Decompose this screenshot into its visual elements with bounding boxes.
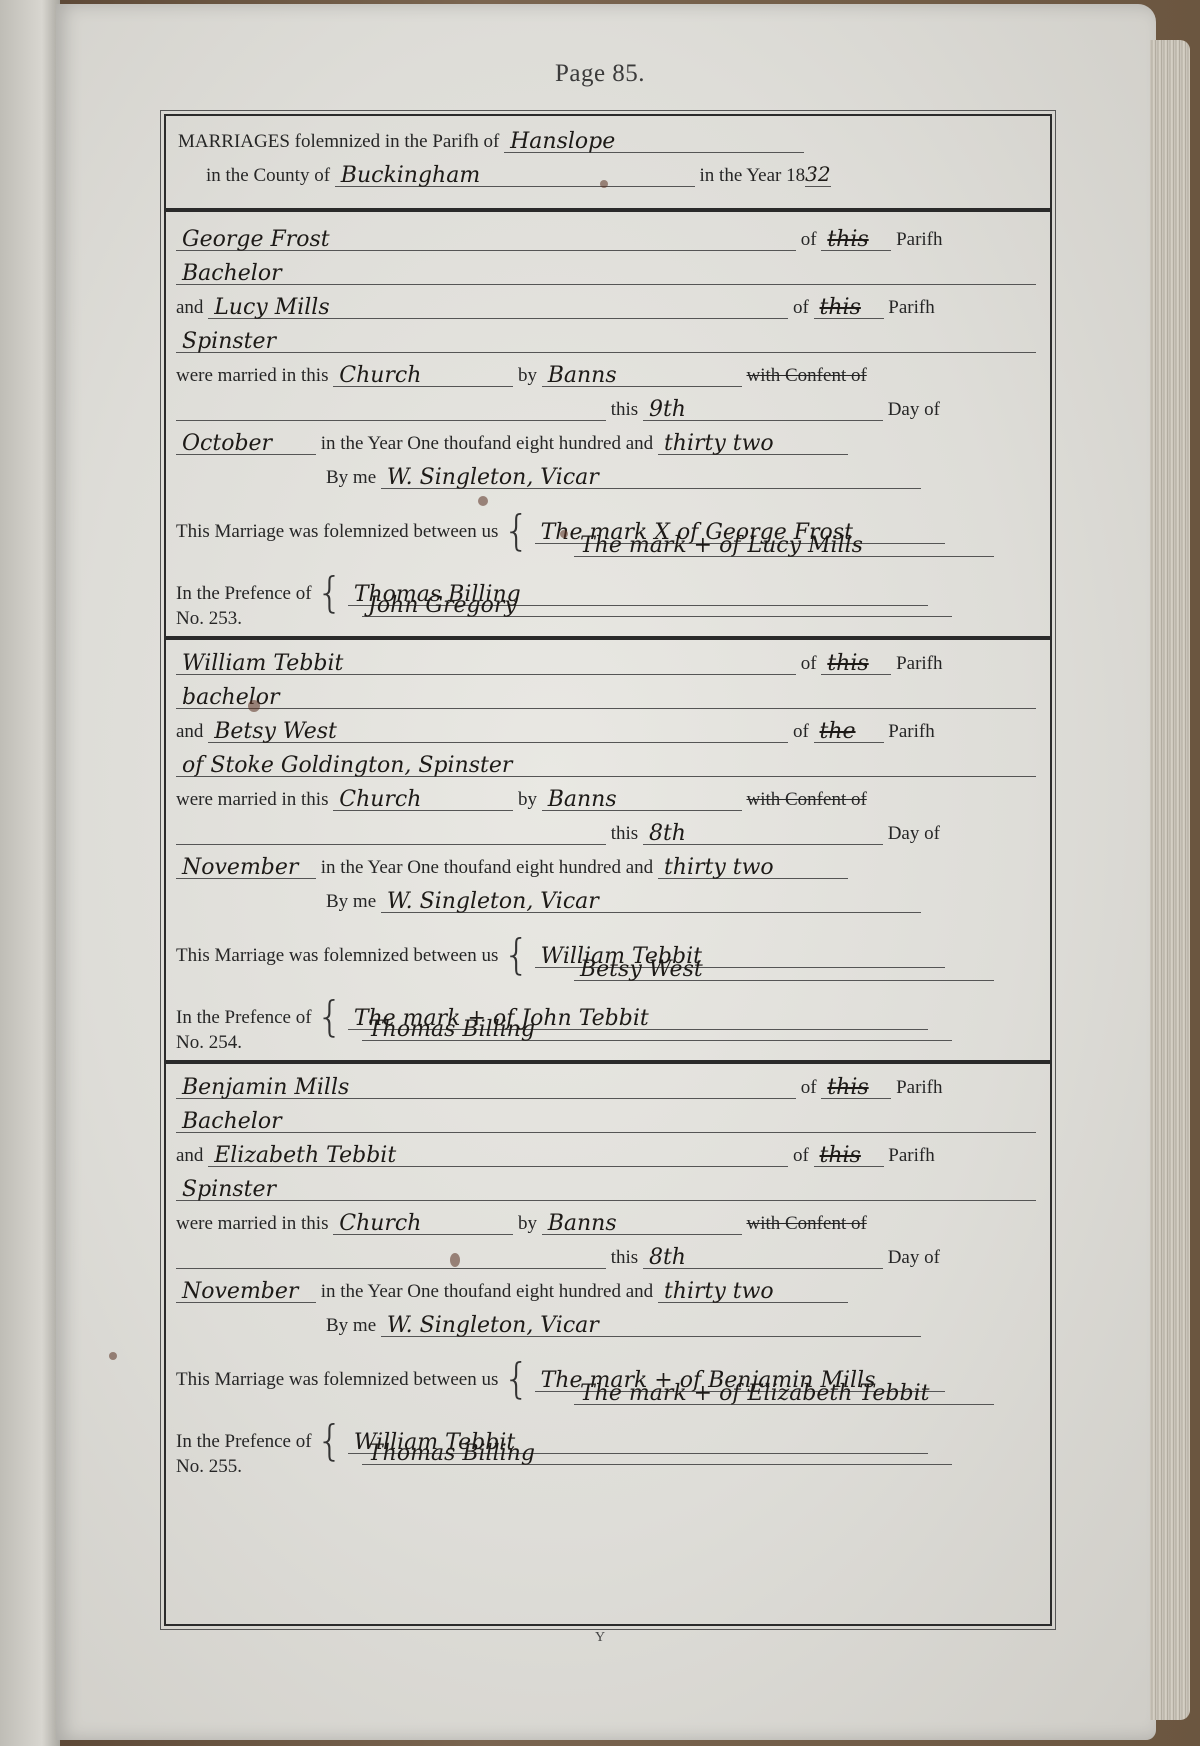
month-value: November [182,855,298,880]
consent-label: with Confent of [746,365,866,386]
of-label: of [801,1077,817,1098]
marriage-entry-254: William Tebbit of this Parifh bachelor a… [166,636,1050,1064]
date-line: this 9th Day of [176,398,940,421]
ink-stain [248,700,260,712]
register-header: MARRIAGES folemnized in the Parifh of Ha… [166,116,1050,212]
solemnized-label: This Marriage was folemnized between us [176,1369,498,1390]
solemnized-label: This Marriage was folemnized between us [176,945,498,966]
bride-status-line: of Stoke Goldington, Spinster [176,754,1036,777]
and-label: and [176,1145,203,1166]
day-value: 9th [649,397,686,422]
bride-parish: this [820,295,861,320]
groom-parish: this [827,1075,868,1100]
month-year-line: November in the Year One thoufand eight … [176,856,848,879]
day-value: 8th [649,1245,686,1270]
parish-field: Hanslope [504,130,804,153]
witness-2-signature: John Gregory [368,593,517,618]
bride-parish: the [820,719,856,744]
groom-name: William Tebbit [182,651,343,676]
method-value: Banns [548,363,617,388]
party-2-field: The mark + of Lucy Mills [574,534,994,557]
of-label: of [793,297,809,318]
groom-status-line: Bachelor [176,1110,1036,1133]
witness-2-line: Thomas Billing [362,1018,952,1041]
party-2-field: The mark + of Elizabeth Tebbit [574,1382,994,1405]
party-2-signature: The mark + of Lucy Mills [580,533,863,558]
witness-2-field: Thomas Billing [362,1018,952,1041]
ink-stain [600,180,608,188]
entry-number: No. 254. [176,1032,242,1054]
married-line: were married in this Church by Banns wit… [176,1212,867,1235]
and-label: and [176,721,203,742]
brace-icon: { [316,568,343,617]
consent-field [176,1246,606,1269]
parish-label: Parifh [888,1145,934,1166]
bride-parish-field: this [814,1144,884,1167]
bride-name-field: Lucy Mills [208,296,788,319]
bride-parish-field: the [814,720,884,743]
witness-2-line: John Gregory [362,594,952,617]
year-label: in the Year One thoufand eight hundred a… [321,1281,653,1302]
brace-icon: { [316,1416,343,1465]
place-value: Church [339,363,421,388]
ink-stain [478,496,488,506]
bride-status-field: Spinster [176,330,1036,353]
day-value: 8th [649,821,686,846]
groom-line: George Frost of this Parifh [176,228,943,251]
this-label: this [611,823,638,844]
facing-page-edge [0,0,60,1746]
month-field: October [176,432,316,455]
brace-icon: { [503,930,530,979]
method-field: Banns [542,1212,742,1235]
bride-name: Elizabeth Tebbit [214,1143,396,1168]
groom-status: bachelor [182,685,280,710]
bride-parish: this [820,1143,861,1168]
year-words-field: thirty two [658,856,848,879]
year-words: thirty two [664,855,774,880]
groom-status-field: Bachelor [176,1110,1036,1133]
presence-label: In the Prefence of [176,583,312,604]
party-2-signature: Betsy West [580,957,703,982]
officiant-field: W. Singleton, Vicar [381,1314,921,1337]
consent-field [176,822,606,845]
married-label: were married in this [176,365,328,386]
consent-label: with Confent of [746,789,866,810]
presence-label: In the Prefence of [176,1431,312,1452]
day-field: 8th [643,822,883,845]
date-line: this 8th Day of [176,1246,940,1269]
method-field: Banns [542,364,742,387]
this-label: this [611,1247,638,1268]
parish-label: Parifh [896,1077,942,1098]
officiant-field: W. Singleton, Vicar [381,466,921,489]
solemnized-label: This Marriage was folemnized between us [176,521,498,542]
party-2-field: Betsy West [574,958,994,981]
groom-parish: this [827,227,868,252]
signature-mark: Y [0,1630,1200,1646]
parish-label: Parifh [896,653,942,674]
this-label: this [611,399,638,420]
year-words: thirty two [664,1279,774,1304]
groom-line: Benjamin Mills of this Parifh [176,1076,943,1099]
by-label: by [518,789,537,810]
parish-label: Parifh [896,229,942,250]
party-2-line: Betsy West [574,958,994,981]
month-year-line: November in the Year One thoufand eight … [176,1280,848,1303]
officiant-signature: W. Singleton, Vicar [387,1313,599,1338]
officiant-signature: W. Singleton, Vicar [387,465,599,490]
of-label: of [801,229,817,250]
page-number: Page 85. [0,60,1200,88]
day-field: 9th [643,398,883,421]
header-line-1: MARRIAGES folemnized in the Parifh of Ha… [178,130,804,153]
marriage-entry-255: Benjamin Mills of this Parifh Bachelor a… [166,1060,1050,1484]
brace-icon: { [503,1354,530,1403]
officiant-line: By me W. Singleton, Vicar [326,890,921,913]
groom-name-field: George Frost [176,228,796,251]
presence-label: In the Prefence of [176,1007,312,1028]
parish-label: Parifh [888,721,934,742]
bride-name-field: Elizabeth Tebbit [208,1144,788,1167]
married-line: were married in this Church by Banns wit… [176,364,867,387]
witness-2-field: Thomas Billing [362,1442,952,1465]
bride-status-field: of Stoke Goldington, Spinster [176,754,1036,777]
month-year-line: October in the Year One thoufand eight h… [176,432,848,455]
method-field: Banns [542,788,742,811]
year-words-field: thirty two [658,432,848,455]
month-field: November [176,856,316,879]
county-value: Buckingham [341,163,480,188]
groom-status-line: bachelor [176,686,1036,709]
by-label: by [518,365,537,386]
bride-status-line: Spinster [176,1178,1036,1201]
method-value: Banns [548,1211,617,1236]
of-label: of [801,653,817,674]
place-field: Church [333,364,513,387]
officiant-line: By me W. Singleton, Vicar [326,466,921,489]
groom-name-field: Benjamin Mills [176,1076,796,1099]
day-of-label: Day of [888,823,940,844]
ink-stain [450,1253,460,1267]
by-me-label: By me [326,891,376,912]
by-me-label: By me [326,467,376,488]
party-2-signature: The mark + of Elizabeth Tebbit [580,1381,929,1406]
bride-name-field: Betsy West [208,720,788,743]
year-label: in the Year One thoufand eight hundred a… [321,857,653,878]
witness-2-signature: Thomas Billing [368,1441,535,1466]
day-of-label: Day of [888,399,940,420]
year-value: 32 [805,162,830,187]
marriage-register-form: MARRIAGES folemnized in the Parifh of Ha… [164,114,1052,1626]
place-value: Church [339,1211,421,1236]
bride-status-line: Spinster [176,330,1036,353]
bride-line: and Elizabeth Tebbit of this Parifh [176,1144,935,1167]
groom-parish-field: this [821,228,891,251]
month-value: November [182,1279,298,1304]
ink-stain [109,1352,117,1360]
groom-parish-field: this [821,652,891,675]
year-label: in the Year One thoufand eight hundred a… [321,433,653,454]
month-value: October [182,431,272,456]
of-label: of [793,721,809,742]
bride-status-field: Spinster [176,1178,1036,1201]
method-value: Banns [548,787,617,812]
party-2-line: The mark + of Elizabeth Tebbit [574,1382,994,1405]
married-label: were married in this [176,1213,328,1234]
groom-name: Benjamin Mills [182,1075,349,1100]
bride-name: Lucy Mills [214,295,329,320]
page-stack-edges [1150,40,1190,1720]
bride-status: Spinster [182,1177,276,1202]
married-label: were married in this [176,789,328,810]
header-line-2: in the County of Buckingham in the Year … [206,162,831,187]
bride-line: and Lucy Mills of this Parifh [176,296,935,319]
county-field: Buckingham [335,164,695,187]
officiant-field: W. Singleton, Vicar [381,890,921,913]
place-value: Church [339,787,421,812]
married-line: were married in this Church by Banns wit… [176,788,867,811]
place-field: Church [333,788,513,811]
brace-icon: { [316,992,343,1041]
groom-name: George Frost [182,227,330,252]
year-words-field: thirty two [658,1280,848,1303]
consent-label: with Confent of [746,1213,866,1234]
groom-status: Bachelor [182,261,282,286]
parish-value: Hanslope [510,129,615,154]
year-label: in the Year 18 [700,165,806,186]
groom-status: Bachelor [182,1109,282,1134]
officiant-line: By me W. Singleton, Vicar [326,1314,921,1337]
and-label: and [176,297,203,318]
entry-number: No. 253. [176,608,242,630]
groom-parish-field: this [821,1076,891,1099]
day-of-label: Day of [888,1247,940,1268]
by-label: by [518,1213,537,1234]
ink-stain [560,530,568,538]
bride-parish-field: this [814,296,884,319]
marriage-entry-253: George Frost of this Parifh Bachelor and… [166,212,1050,640]
groom-name-field: William Tebbit [176,652,796,675]
brace-icon: { [503,506,530,555]
day-field: 8th [643,1246,883,1269]
month-field: November [176,1280,316,1303]
county-label: in the County of [206,165,330,186]
bride-status: of Stoke Goldington, Spinster [182,753,512,778]
witness-2-line: Thomas Billing [362,1442,952,1465]
groom-parish: this [827,651,868,676]
officiant-signature: W. Singleton, Vicar [387,889,599,914]
by-me-label: By me [326,1315,376,1336]
witness-2-field: John Gregory [362,594,952,617]
bride-name: Betsy West [214,719,337,744]
groom-status-line: Bachelor [176,262,1036,285]
bride-status: Spinster [182,329,276,354]
consent-field [176,398,606,421]
entry-number: No. 255. [176,1456,242,1478]
party-2-line: The mark + of Lucy Mills [574,534,994,557]
parish-label: Parifh [888,297,934,318]
year-words: thirty two [664,431,774,456]
groom-line: William Tebbit of this Parifh [176,652,943,675]
of-label: of [793,1145,809,1166]
place-field: Church [333,1212,513,1235]
date-line: this 8th Day of [176,822,940,845]
groom-status-field: bachelor [176,686,1036,709]
witness-2-signature: Thomas Billing [368,1017,535,1042]
bride-line: and Betsy West of the Parifh [176,720,935,743]
groom-status-field: Bachelor [176,262,1036,285]
header-prefix: MARRIAGES folemnized in the Parifh of [178,131,499,152]
